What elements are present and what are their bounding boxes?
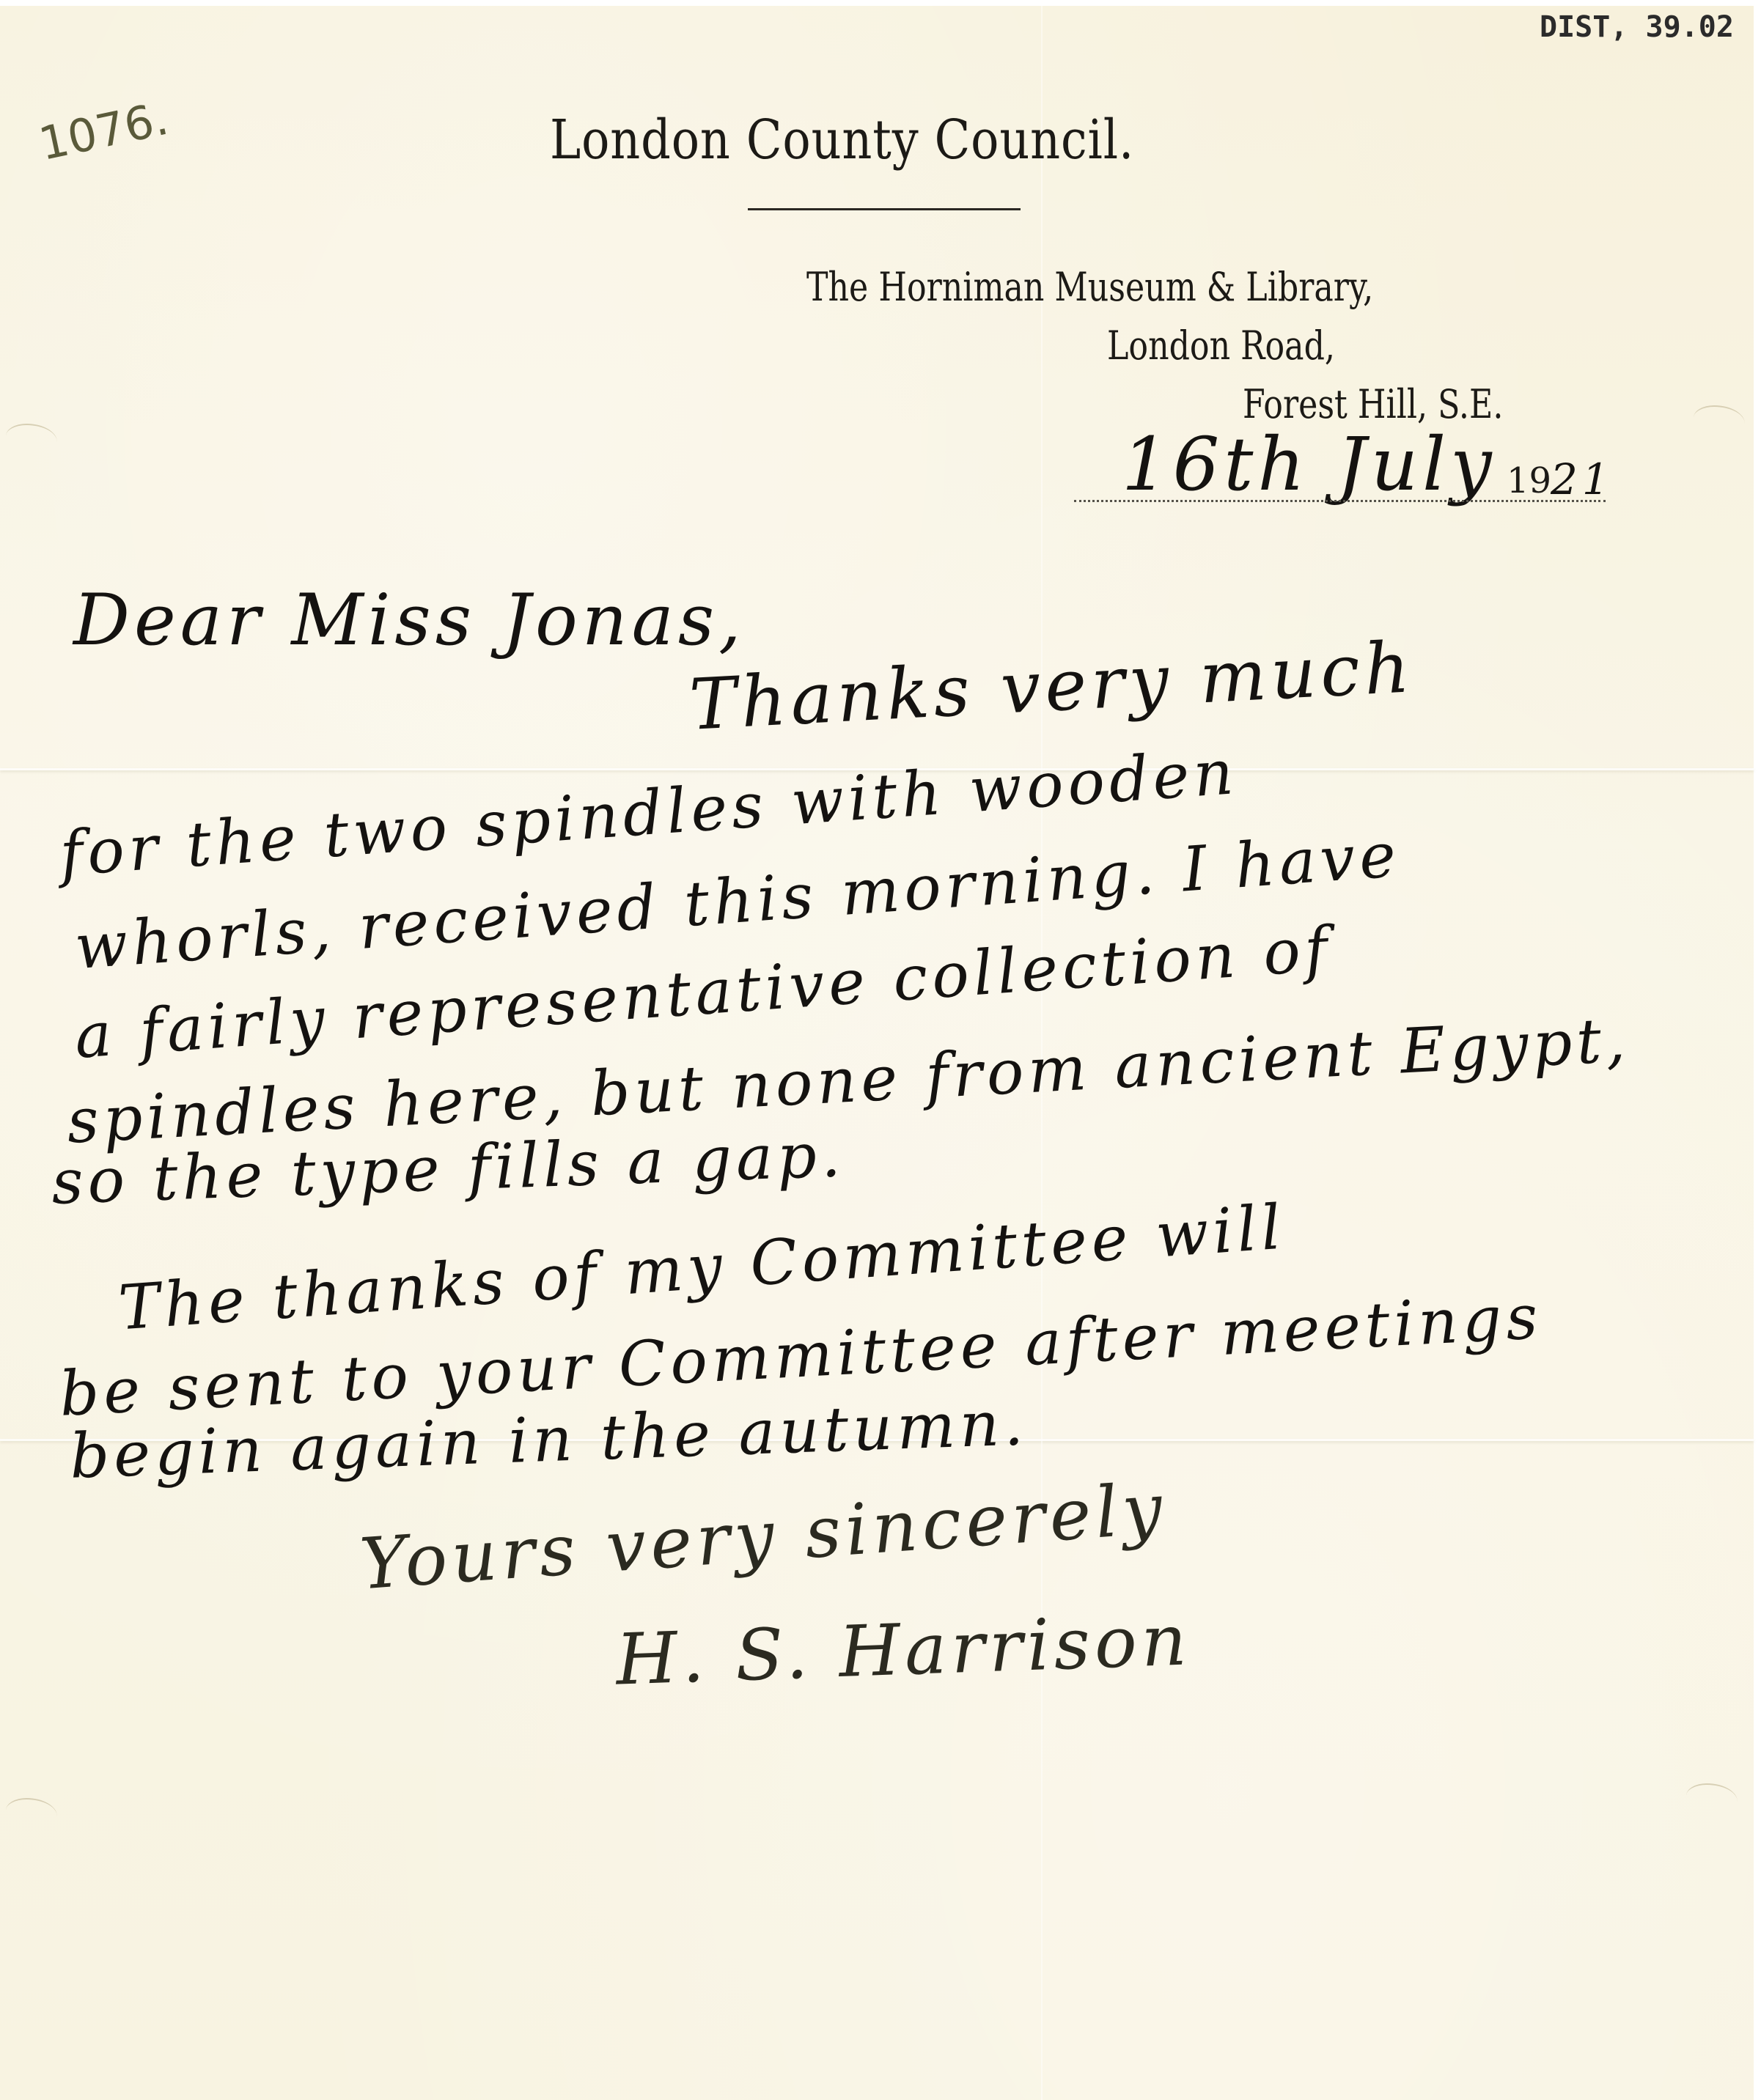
- edge-tear: [1686, 1783, 1738, 1814]
- letterhead-organisation: London County Council.: [550, 108, 1134, 172]
- date-dotted-line: [1074, 500, 1606, 502]
- date-day-month: 16th July: [1122, 421, 1496, 507]
- letterhead-rule: [748, 208, 1021, 210]
- date-year-printed: 19: [1507, 460, 1551, 501]
- letterhead-street: London Road,: [1107, 323, 1335, 369]
- letterhead-institution: The Horniman Museum & Library,: [806, 264, 1373, 310]
- edge-tear: [1694, 405, 1745, 436]
- salutation: Dear Miss Jonas,: [73, 579, 746, 661]
- letterhead-locality: Forest Hill, S.E.: [1243, 381, 1503, 427]
- archive-reference: DIST, 39.02: [1540, 10, 1734, 44]
- edge-tear: [6, 1798, 57, 1829]
- date-year-handwritten: 21: [1551, 454, 1614, 504]
- edge-tear: [6, 424, 57, 454]
